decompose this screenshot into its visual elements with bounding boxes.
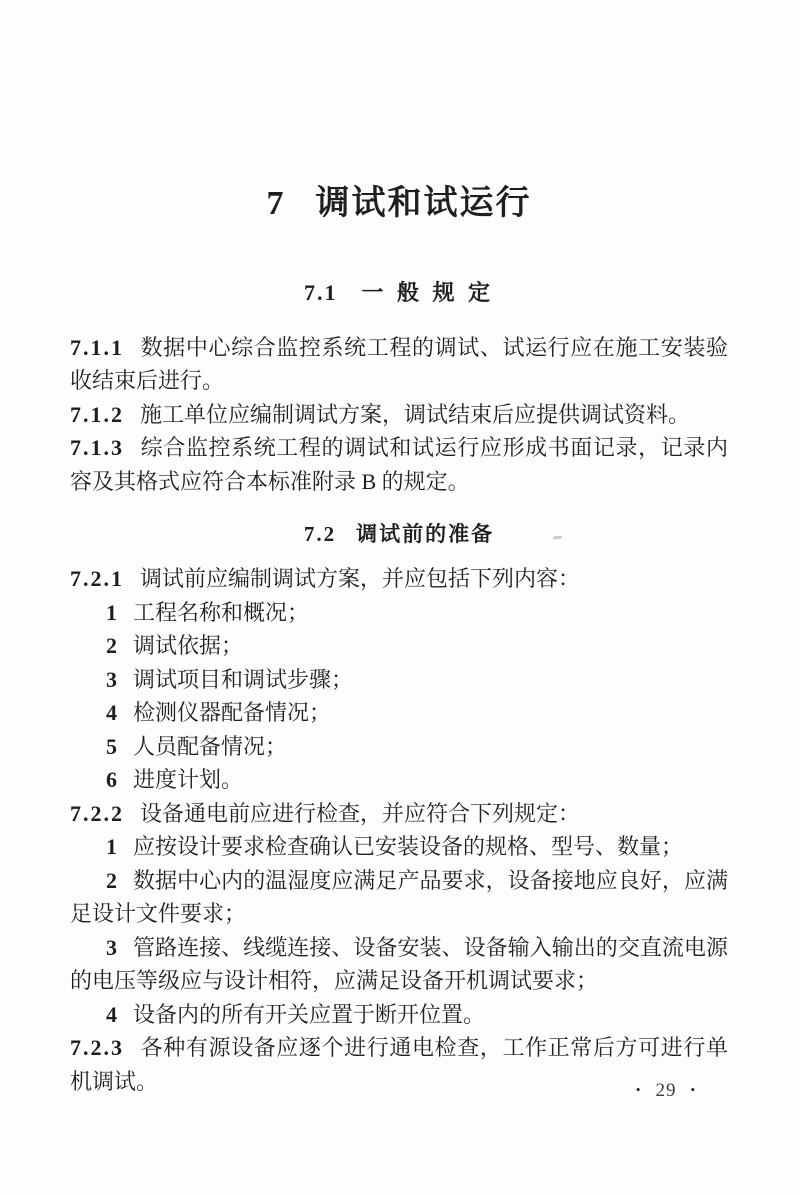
item-number: 4 xyxy=(106,700,117,725)
clause-7-2-3: 7.2.3各种有源设备应逐个进行通电检查，工作正常后方可进行单机调试。 xyxy=(70,1031,728,1098)
item-number: 2 xyxy=(106,868,117,893)
item-text: 进度计划。 xyxy=(133,767,243,792)
chapter-title-text: 调试和试运行 xyxy=(316,185,532,222)
clause-number: 7.1.1 xyxy=(70,335,124,360)
list-item: 1工程名称和概况； xyxy=(70,596,728,630)
section-title-7-1: 一 般 规 定 xyxy=(361,280,494,305)
clause-text: 数据中心综合监控系统工程的调试、试运行应在施工安装验收结束后进行。 xyxy=(70,335,728,394)
clause-7-2-1: 7.2.1调试前应编制调试方案，并应包括下列内容： xyxy=(70,562,728,596)
clause-text: 调试前应编制调试方案，并应包括下列内容： xyxy=(140,566,580,591)
item-number: 6 xyxy=(106,767,117,792)
clause-text: 设备通电前应进行检查，并应符合下列规定： xyxy=(140,801,580,826)
item-number: 2 xyxy=(106,633,117,658)
section-heading-7-2: 7.2调试前的准备 xyxy=(70,518,728,548)
item-number: 1 xyxy=(106,600,117,625)
clause-7-1-3: 7.1.3综合监控系统工程的调试和试运行应形成书面记录，记录内容及其格式应符合本… xyxy=(70,431,728,498)
footer-left-dot: • xyxy=(636,1082,642,1097)
list-item: 6进度计划。 xyxy=(70,763,728,797)
clause-number: 7.2.1 xyxy=(70,566,124,591)
item-number: 4 xyxy=(106,1002,117,1027)
item-text: 数据中心内的温湿度应满足产品要求，设备接地应良好，应满足设计文件要求； xyxy=(70,868,728,927)
list-item: 3管路连接、线缆连接、设备安装、设备输入输出的交直流电源的电压等级应与设计相符，… xyxy=(70,931,728,998)
clause-7-1-1: 7.1.1数据中心综合监控系统工程的调试、试运行应在施工安装验收结束后进行。 xyxy=(70,331,728,398)
item-text: 设备内的所有开关应置于断开位置。 xyxy=(133,1002,485,1027)
list-item: 2数据中心内的温湿度应满足产品要求，设备接地应良好，应满足设计文件要求； xyxy=(70,864,728,931)
section-heading-7-1: 7.1一 般 规 定 xyxy=(70,276,728,307)
clause-7-1-2: 7.1.2施工单位应编制调试方案，调试结束后应提供调试资料。 xyxy=(70,398,728,432)
item-text: 调试项目和调试步骤； xyxy=(133,667,353,692)
section-number-7-2: 7.2 xyxy=(304,522,336,546)
list-item: 5人员配备情况； xyxy=(70,730,728,764)
page-footer: •29• xyxy=(636,1080,696,1102)
list-item: 4设备内的所有开关应置于断开位置。 xyxy=(70,998,728,1032)
item-text: 人员配备情况； xyxy=(133,734,287,759)
chapter-title: 7调试和试运行 xyxy=(70,186,728,222)
page-number: 29 xyxy=(655,1080,676,1101)
footer-right-dot: • xyxy=(690,1082,696,1097)
item-text: 工程名称和概况； xyxy=(133,600,309,625)
clause-text: 综合监控系统工程的调试和试运行应形成书面记录，记录内容及其格式应符合本标准附录 … xyxy=(70,435,728,494)
clause-number: 7.1.2 xyxy=(70,402,124,427)
section-number-7-1: 7.1 xyxy=(304,280,338,305)
list-item: 2调试依据； xyxy=(70,629,728,663)
item-text: 调试依据； xyxy=(133,633,243,658)
list-item: 4检测仪器配备情况； xyxy=(70,696,728,730)
scan-asterisk-mark: * xyxy=(86,1086,92,1098)
clause-text: 各种有源设备应逐个进行通电检查，工作正常后方可进行单机调试。 xyxy=(70,1035,728,1094)
list-item: 3调试项目和调试步骤； xyxy=(70,663,728,697)
clause-number: 7.2.3 xyxy=(70,1035,124,1060)
item-text: 检测仪器配备情况； xyxy=(133,700,331,725)
item-number: 3 xyxy=(106,935,117,960)
item-number: 5 xyxy=(106,734,117,759)
section-7-1-body: 7.1.1数据中心综合监控系统工程的调试、试运行应在施工安装验收结束后进行。 7… xyxy=(70,331,728,499)
page-content: 7调试和试运行 7.1一 般 规 定 7.1.1数据中心综合监控系统工程的调试、… xyxy=(0,186,800,1098)
clause-number: 7.2.2 xyxy=(70,801,124,826)
item-text: 管路连接、线缆连接、设备安装、设备输入输出的交直流电源的电压等级应与设计相符，应… xyxy=(70,935,728,994)
list-item: 1应按设计要求检查确认已安装设备的规格、型号、数量； xyxy=(70,830,728,864)
clause-7-2-2: 7.2.2设备通电前应进行检查，并应符合下列规定： xyxy=(70,797,728,831)
clause-number: 7.1.3 xyxy=(70,435,124,460)
document-page: 7调试和试运行 7.1一 般 规 定 7.1.1数据中心综合监控系统工程的调试、… xyxy=(0,0,800,1197)
item-text: 应按设计要求检查确认已安装设备的规格、型号、数量； xyxy=(133,834,683,859)
clause-text: 施工单位应编制调试方案，调试结束后应提供调试资料。 xyxy=(140,402,690,427)
section-title-7-2: 调试前的准备 xyxy=(356,522,494,546)
item-number: 1 xyxy=(106,834,117,859)
item-number: 3 xyxy=(106,667,117,692)
section-7-2-body: 7.2.1调试前应编制调试方案，并应包括下列内容： 1工程名称和概况； 2调试依… xyxy=(70,562,728,1098)
chapter-number: 7 xyxy=(267,185,286,222)
